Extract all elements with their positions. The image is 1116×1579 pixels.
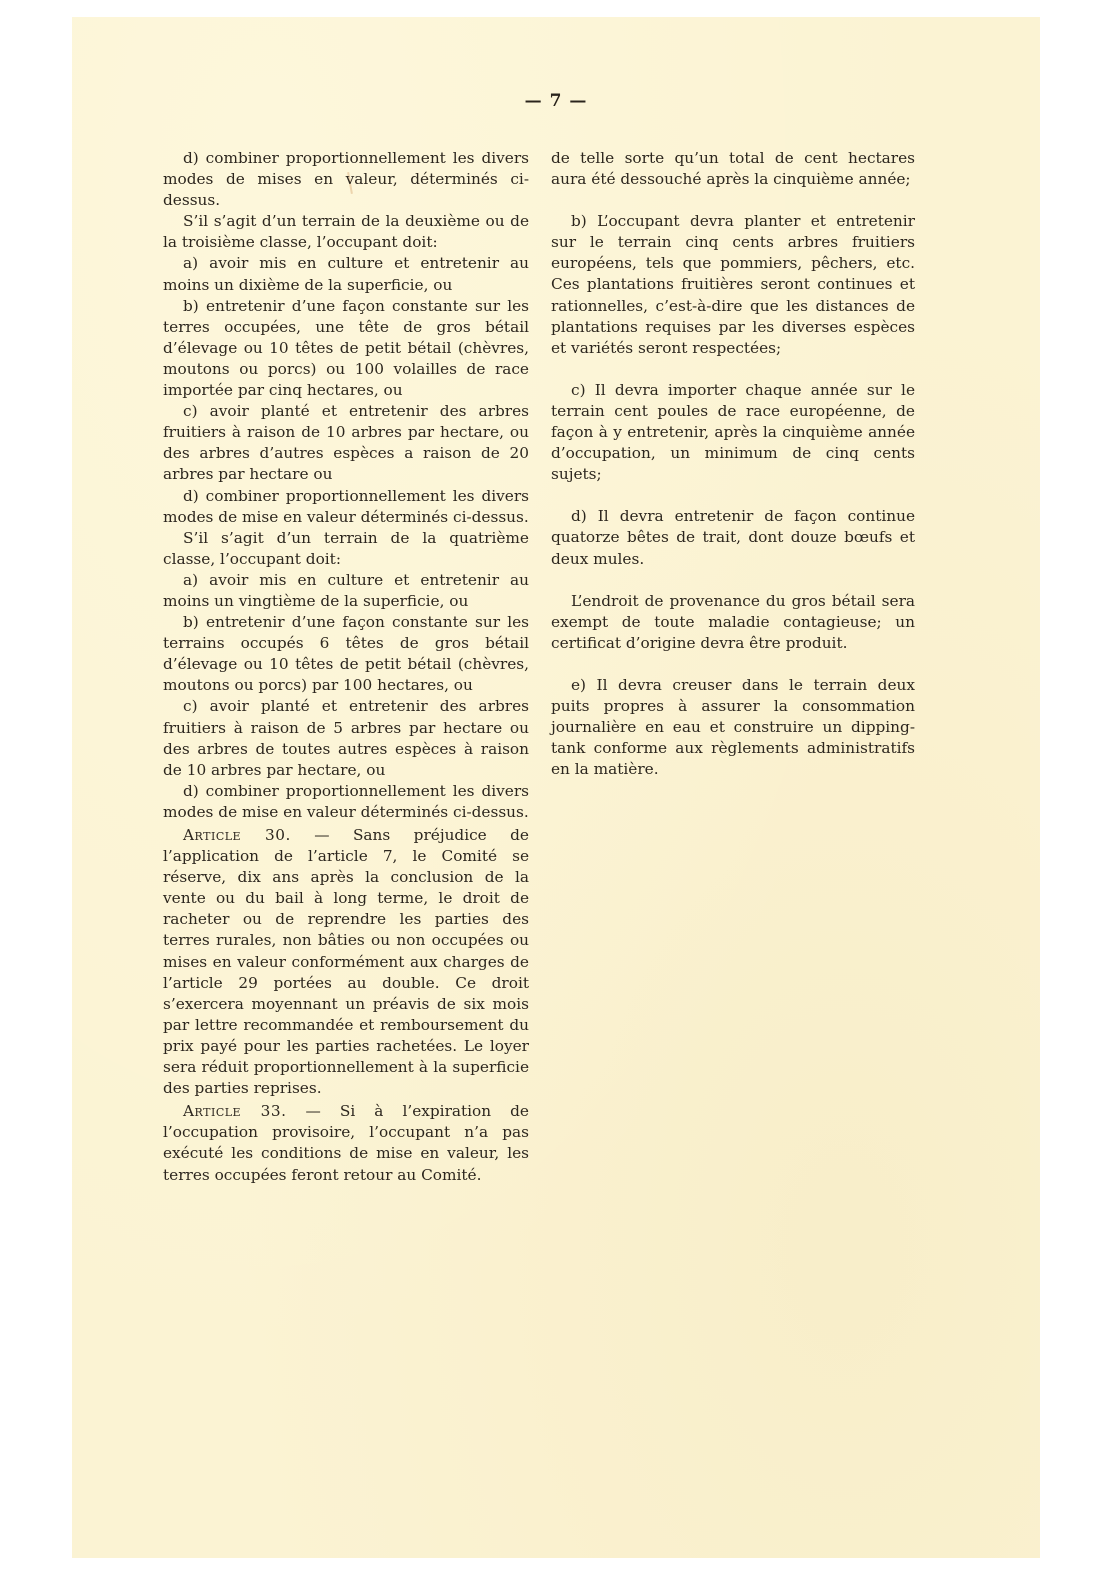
paragraph: c) avoir planté et entretenir des arbres…	[163, 696, 529, 780]
paragraph: d) combiner proportionnellement les dive…	[163, 781, 529, 823]
article-33-label: Article 33.	[183, 1102, 286, 1120]
paragraph: d) combiner proportionnellement les dive…	[163, 148, 529, 211]
paragraph: b) entretenir d’une façon constante sur …	[163, 296, 529, 401]
paragraph: b) entretenir d’une façon constante sur …	[163, 612, 529, 696]
paragraph: S’il s’agit d’un terrain de la quatrième…	[163, 528, 529, 570]
page-number: — 7 —	[72, 91, 1040, 111]
article-30-text: — Sans préjudice de l’application de l’a…	[163, 826, 529, 1097]
paragraph: de telle sorte qu’un total de cent hecta…	[551, 148, 915, 190]
paragraph: c) Il devra importer chaque année sur le…	[551, 380, 915, 485]
paragraph: S’il s’agit d’un terrain de la deuxième …	[163, 211, 529, 253]
paragraph: e) Il devra creuser dans le terrain deux…	[551, 675, 915, 780]
right-column: de telle sorte qu’un total de cent hecta…	[551, 148, 915, 780]
paragraph: L’endroit de provenance du gros bétail s…	[551, 591, 915, 654]
left-column: d) combiner proportionnellement les dive…	[163, 148, 529, 1186]
paragraph: b) L’occupant devra planter et entreteni…	[551, 211, 915, 359]
article-33: Article 33. — Si à l’expiration de l’occ…	[163, 1101, 529, 1185]
paragraph: d) Il devra entretenir de façon continue…	[551, 506, 915, 569]
scanned-page: — 7 — d) combiner proportionnellement le…	[72, 17, 1040, 1558]
article-30: Article 30. — Sans préjudice de l’applic…	[163, 825, 529, 1099]
paragraph: d) combiner proportionnellement les dive…	[163, 486, 529, 528]
paragraph: a) avoir mis en culture et entretenir au…	[163, 253, 529, 295]
paragraph: a) avoir mis en culture et entretenir au…	[163, 570, 529, 612]
paragraph: c) avoir planté et entretenir des arbres…	[163, 401, 529, 485]
article-30-label: Article 30.	[183, 826, 291, 844]
